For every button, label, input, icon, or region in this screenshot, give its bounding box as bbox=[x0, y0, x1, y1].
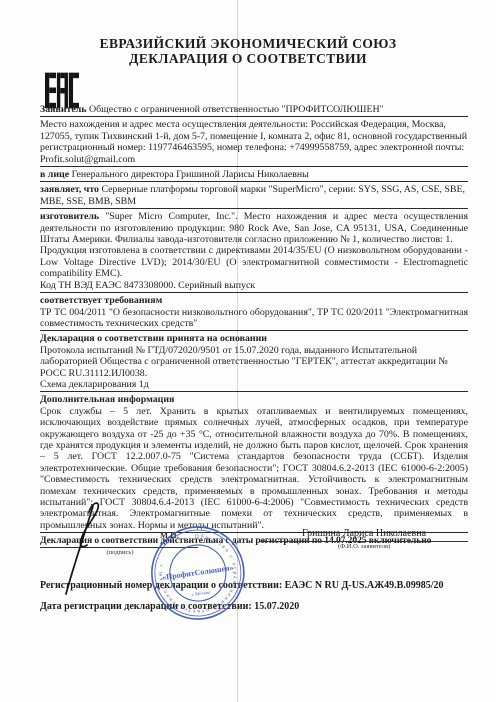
handwritten-signature bbox=[56, 498, 116, 598]
declares-label: заявляет, что bbox=[40, 184, 99, 195]
product-description: Серверные платформы торговой марки "Supe… bbox=[40, 184, 465, 206]
stamp-center-text: «ПрофитСолюшен» bbox=[162, 563, 234, 582]
applicant-label: Заявитель bbox=[40, 104, 87, 115]
representative-line: в лице Генерального директора Гришиной Л… bbox=[40, 169, 468, 180]
representative-label: в лице bbox=[40, 169, 69, 180]
applicant-line: Заявитель Общество с ограниченной ответс… bbox=[40, 104, 468, 115]
divider bbox=[40, 330, 468, 331]
document-body: Заявитель Общество с ограниченной ответс… bbox=[40, 104, 468, 547]
divider bbox=[40, 208, 468, 209]
requirements-text: ТР ТС 004/2011 "О безопасности низковоль… bbox=[40, 307, 468, 330]
registration-number-value: ЕАЭС N RU Д-US.АЖ49.В.09985/20 bbox=[285, 580, 444, 591]
representative-name: Генерального директора Гришиной Ларисы Н… bbox=[72, 169, 309, 180]
company-stamp: Общество с ограниченной ответственностью… bbox=[135, 516, 260, 633]
document-title: ЕВРАЗИЙСКИЙ ЭКОНОМИЧЕСКИЙ СОЮЗ ДЕКЛАРАЦИ… bbox=[0, 36, 496, 66]
directives-line: Продукция изготовлена в соответствии с д… bbox=[40, 245, 468, 279]
divider bbox=[40, 391, 468, 392]
customs-code-line: Код ТН ВЭД ЕАЭС 8473308000. Серийный вып… bbox=[40, 280, 468, 291]
divider bbox=[40, 181, 468, 182]
manufacturer-details: "Super Micro Computer, Inc.". Место нахо… bbox=[40, 211, 468, 245]
divider bbox=[40, 116, 468, 117]
declarant-name-caption: (Ф.И.О. заявителя) bbox=[260, 543, 468, 550]
declarant-name: Гришина Лариса Николаевна bbox=[260, 528, 468, 539]
title-line1: ЕВРАЗИЙСКИЙ ЭКОНОМИЧЕСКИЙ СОЮЗ bbox=[0, 36, 496, 51]
applicant-address: Место нахождения и адрес места осуществл… bbox=[40, 119, 468, 165]
declarant-name-block: Гришина Лариса Николаевна (Ф.И.О. заявит… bbox=[260, 528, 468, 550]
manufacturer-line: изготовитель "Super Micro Computer, Inc.… bbox=[40, 211, 468, 245]
registration-date-value: 15.07.2020 bbox=[254, 601, 299, 612]
applicant-name: Общество с ограниченной ответственностью… bbox=[89, 104, 384, 115]
additional-heading: Дополнительная информация bbox=[40, 394, 468, 405]
scheme-line: Схема декларирования 1д bbox=[40, 379, 468, 390]
declarant-name-line bbox=[260, 541, 468, 542]
divider bbox=[40, 292, 468, 293]
requirements-heading: соответствует требованиям bbox=[40, 295, 468, 306]
basis-text: Протокола испытаний № ГТД/072020/9501 от… bbox=[40, 345, 468, 379]
declares-line: заявляет, что Серверные платформы торгов… bbox=[40, 184, 468, 207]
stamp-city-text: г. Москва bbox=[191, 590, 210, 598]
manufacturer-label: изготовитель bbox=[40, 211, 99, 222]
declaration-document: ЕВРАЗИЙСКИЙ ЭКОНОМИЧЕСКИЙ СОЮЗ ДЕКЛАРАЦИ… bbox=[0, 0, 496, 702]
divider bbox=[40, 166, 468, 167]
title-line2: ДЕКЛАРАЦИЯ О СООТВЕТСТВИИ bbox=[0, 51, 496, 66]
basis-heading: Декларация о соответствии принята на осн… bbox=[40, 333, 468, 344]
